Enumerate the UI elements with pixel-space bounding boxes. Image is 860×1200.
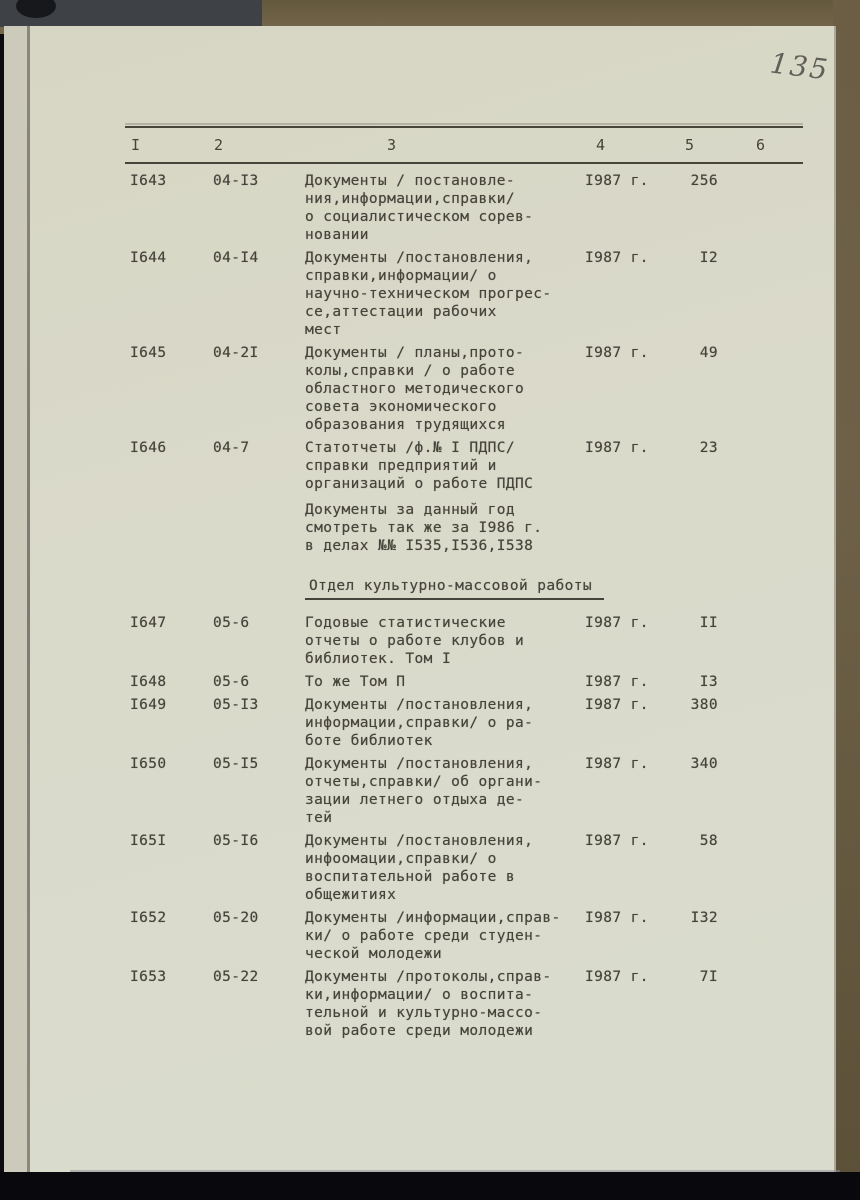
table-row: I652 05-20 Документы /информации,справ- … — [4, 909, 836, 963]
table-row: I644 04-I4 Документы /постановления, спр… — [4, 249, 836, 339]
table-row: I647 05-6 Годовые статистические отчеты … — [4, 614, 836, 668]
entry-number: I646 — [130, 439, 167, 457]
entry-count: 256 — [638, 172, 718, 190]
entry-count: 23 — [638, 439, 718, 457]
table-column-headers: I 2 3 4 5 6 — [4, 136, 836, 156]
entry-description: Документы /протоколы,справ- ки,информаци… — [305, 968, 605, 1040]
entry-count: 7I — [638, 968, 718, 986]
entry-description: Документы /информации,справ- ки/ о работ… — [305, 909, 605, 963]
scanned-archive-page-scene: 135 I 2 3 4 5 6 I643 04-I3 Документы / п… — [0, 0, 860, 1200]
entry-number: I649 — [130, 696, 167, 714]
entry-code: 05-I3 — [213, 696, 259, 714]
table-header-rule — [125, 162, 803, 164]
entry-code: 05-I5 — [213, 755, 259, 773]
table-row: I65I 05-I6 Документы /постановления, инф… — [4, 832, 836, 904]
table-row: I650 05-I5 Документы /постановления, отч… — [4, 755, 836, 827]
entry-description: Документы /постановления, информации,спр… — [305, 696, 605, 750]
entry-number: I652 — [130, 909, 167, 927]
entry-count: 340 — [638, 755, 718, 773]
column-header-3: 3 — [387, 136, 396, 154]
column-header-4: 4 — [596, 136, 605, 154]
entry-count: 380 — [638, 696, 718, 714]
table-row: I648 05-6 То же Том П I987 г. I3 — [4, 673, 836, 691]
table-row: I646 04-7 Статотчеты /ф.№ I ПДПС/ справк… — [4, 439, 836, 555]
table-row: I645 04-2I Документы / планы,прото- колы… — [4, 344, 836, 434]
entry-number: I648 — [130, 673, 167, 691]
table-body: I643 04-I3 Документы / постановле- ния,и… — [4, 172, 836, 1045]
scan-background-bottom — [0, 1172, 860, 1200]
entry-code: 04-I4 — [213, 249, 259, 267]
entry-count: I32 — [638, 909, 718, 927]
entry-description: Статотчеты /ф.№ I ПДПС/ справки предприя… — [305, 439, 605, 493]
table-top-rule — [125, 126, 803, 128]
entry-description: Документы / планы,прото- колы,справки / … — [305, 344, 605, 434]
entry-count: 49 — [638, 344, 718, 362]
entry-code: 05-22 — [213, 968, 259, 986]
entry-code: 05-6 — [213, 673, 250, 691]
handwritten-page-number: 135 — [768, 47, 831, 87]
entry-code: 05-6 — [213, 614, 250, 632]
entry-code: 04-7 — [213, 439, 250, 457]
entry-description: Документы /постановления, инфоомации,спр… — [305, 832, 605, 904]
entry-count: I3 — [638, 673, 718, 691]
entry-code: 05-20 — [213, 909, 259, 927]
column-header-5: 5 — [685, 136, 694, 154]
section-title: Отдел культурно-массовой работы — [305, 577, 604, 600]
column-header-1: I — [131, 136, 140, 154]
entry-number: I65I — [130, 832, 167, 850]
column-header-2: 2 — [214, 136, 223, 154]
entry-number: I644 — [130, 249, 167, 267]
table-row: I643 04-I3 Документы / постановле- ния,и… — [4, 172, 836, 244]
entry-description: Годовые статистические отчеты о работе к… — [305, 614, 605, 668]
section-header-row: Отдел культурно-массовой работы — [305, 577, 836, 600]
table-row: I649 05-I3 Документы /постановления, инф… — [4, 696, 836, 750]
entry-count: 58 — [638, 832, 718, 850]
entry-count: I2 — [638, 249, 718, 267]
entry-description: То же Том П — [305, 673, 605, 691]
entry-description: Документы / постановле- ния,информации,с… — [305, 172, 605, 244]
entry-note: Документы за данный год смотреть так же … — [305, 501, 605, 555]
entry-number: I645 — [130, 344, 167, 362]
cardboard-backing-right — [833, 0, 860, 1178]
column-header-6: 6 — [756, 136, 765, 154]
entry-code: 04-2I — [213, 344, 259, 362]
entry-number: I653 — [130, 968, 167, 986]
entry-count: II — [638, 614, 718, 632]
entry-code: 04-I3 — [213, 172, 259, 190]
table-row: I653 05-22 Документы /протоколы,справ- к… — [4, 968, 836, 1040]
entry-number: I643 — [130, 172, 167, 190]
document-page: 135 I 2 3 4 5 6 I643 04-I3 Документы / п… — [4, 26, 836, 1172]
entry-code: 05-I6 — [213, 832, 259, 850]
entry-description: Документы /постановления, отчеты,справки… — [305, 755, 605, 827]
entry-number: I650 — [130, 755, 167, 773]
entry-number: I647 — [130, 614, 167, 632]
entry-description: Документы /постановления, справки,информ… — [305, 249, 605, 339]
